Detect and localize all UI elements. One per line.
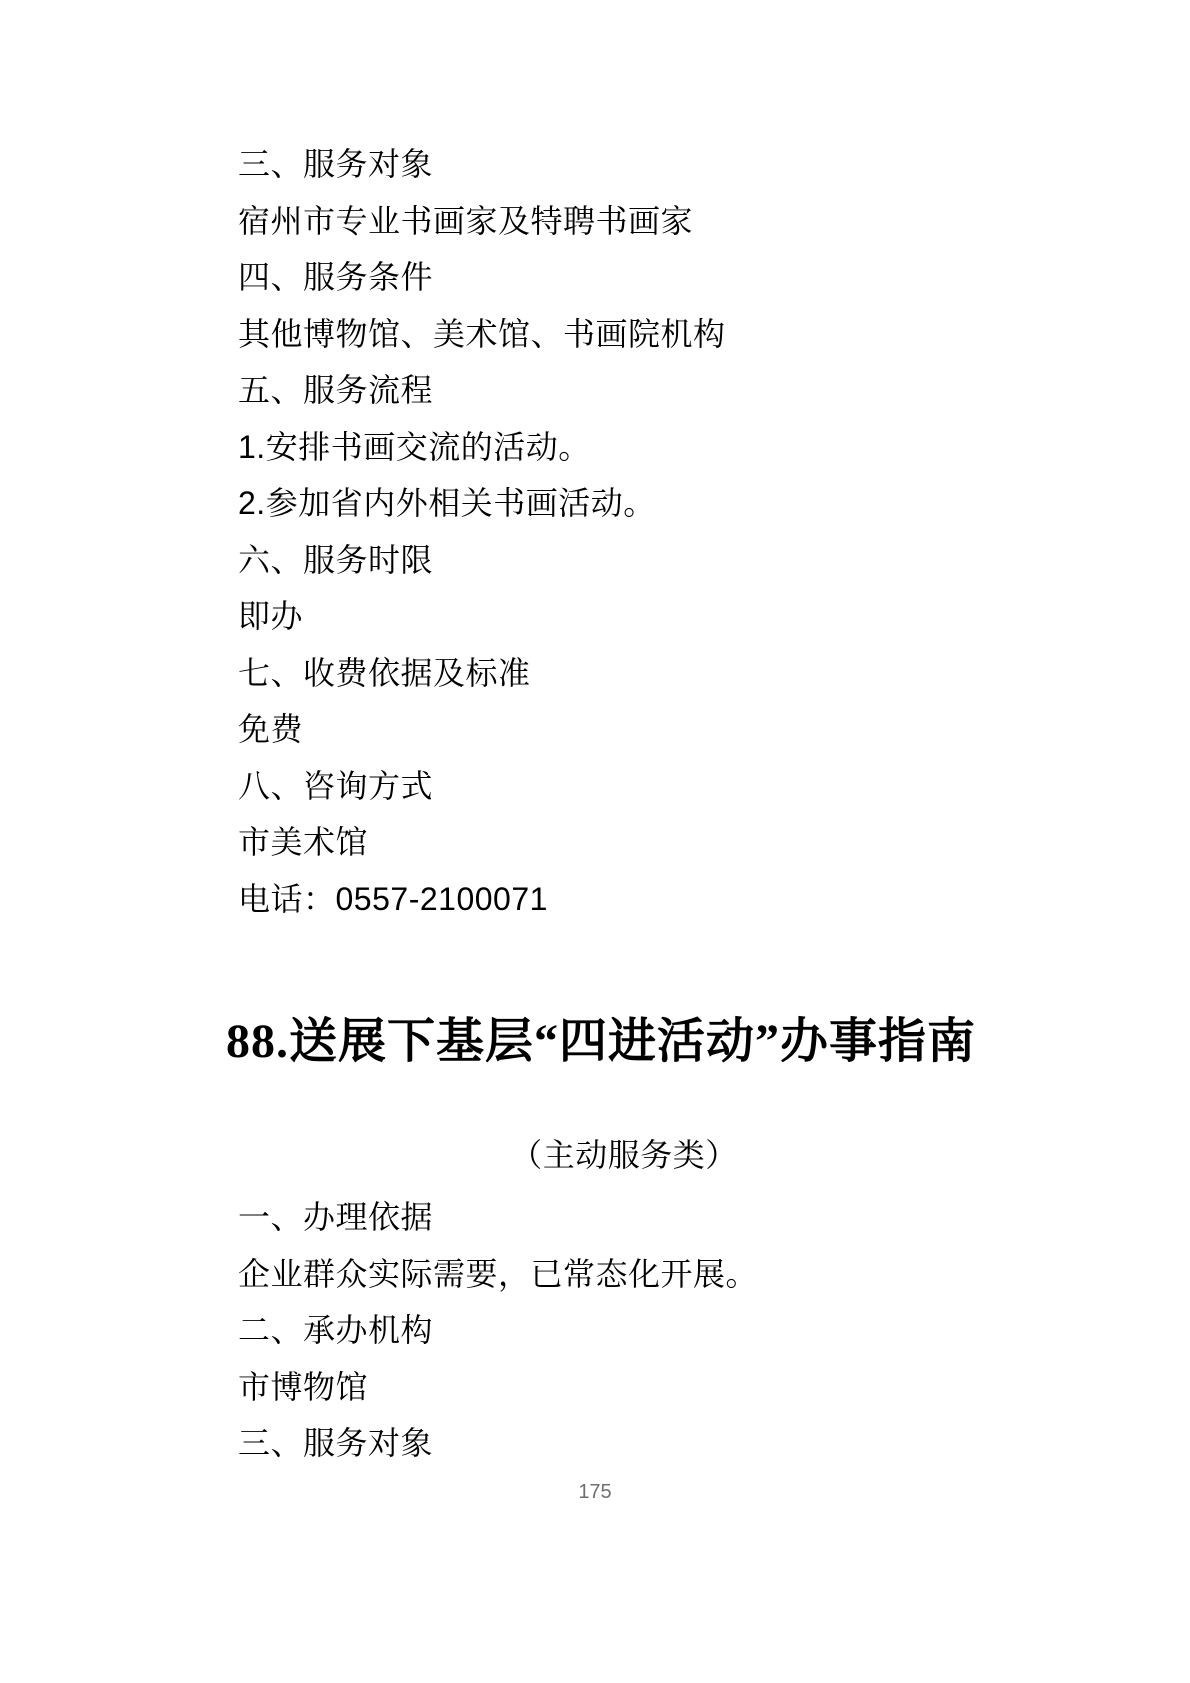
doc-line: 免费: [238, 701, 726, 758]
doc-line: 市博物馆: [238, 1359, 758, 1416]
page-number: 175: [0, 1478, 1190, 1506]
doc-line: 八、咨询方式: [238, 758, 726, 815]
doc-line: 其他博物馆、美术馆、书画院机构: [238, 306, 726, 363]
document-page: 三、服务对象 宿州市专业书画家及特聘书画家 四、服务条件 其他博物馆、美术馆、书…: [0, 0, 1190, 1683]
doc-line: 二、承办机构: [238, 1302, 758, 1359]
doc-line: 七、收费依据及标准: [238, 645, 726, 702]
section-title: 88.送展下基层“四进活动”办事指南: [226, 1012, 976, 1072]
doc-line: 六、服务时限: [238, 532, 726, 589]
doc-line: 五、服务流程: [238, 362, 726, 419]
doc-line: 企业群众实际需要，已常态化开展。: [238, 1246, 758, 1303]
doc-line: 一、办理依据: [238, 1189, 758, 1246]
doc-line: 市美术馆: [238, 814, 726, 871]
doc-line: 电话：0557-2100071: [238, 871, 726, 928]
service-guide-section-88-body: 一、办理依据 企业群众实际需要，已常态化开展。 二、承办机构 市博物馆 三、服务…: [238, 1189, 758, 1472]
doc-line: 三、服务对象: [238, 1415, 758, 1472]
doc-line: 四、服务条件: [238, 249, 726, 306]
doc-line: 2.参加省内外相关书画活动。: [238, 475, 726, 532]
section-subtitle: （主动服务类）: [0, 1132, 1190, 1178]
doc-line: 即办: [238, 588, 726, 645]
doc-line: 三、服务对象: [238, 136, 726, 193]
service-guide-section-87-body: 三、服务对象 宿州市专业书画家及特聘书画家 四、服务条件 其他博物馆、美术馆、书…: [238, 136, 726, 927]
doc-line: 1.安排书画交流的活动。: [238, 419, 726, 476]
doc-line: 宿州市专业书画家及特聘书画家: [238, 193, 726, 250]
